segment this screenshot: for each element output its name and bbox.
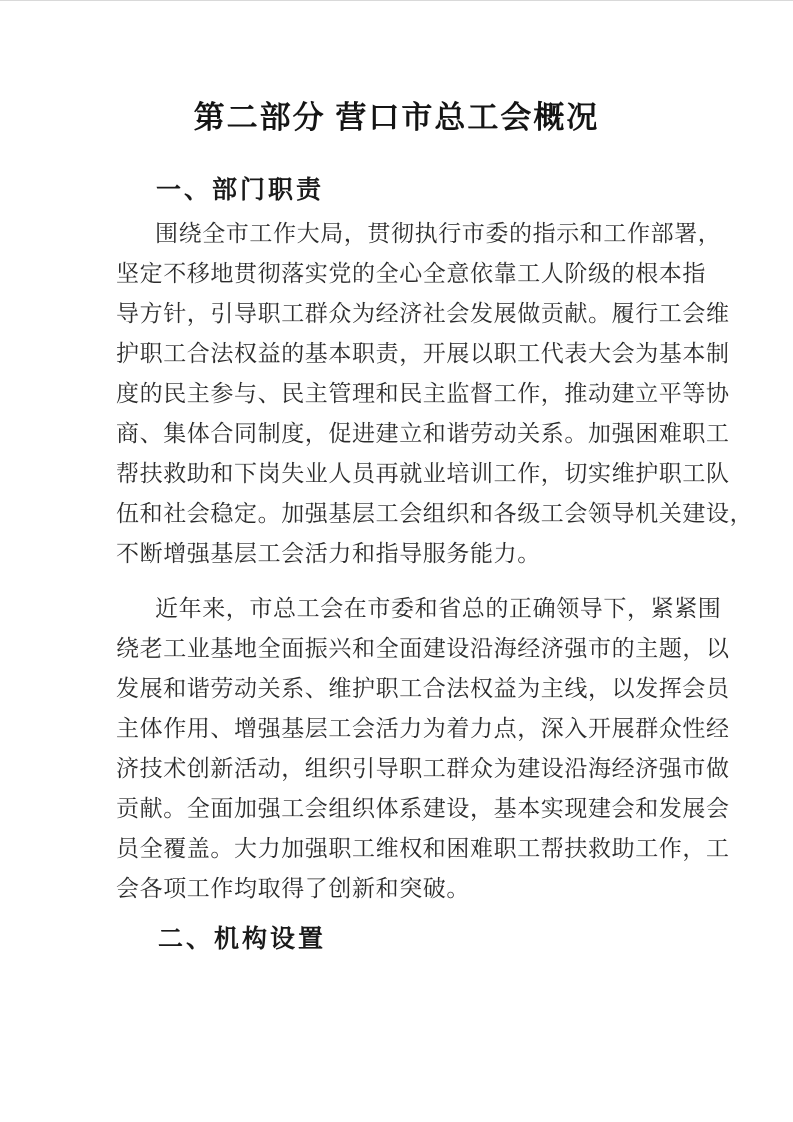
text-line: 导方针，引导职工群众为经济社会发展做贡献。履行工会维	[116, 294, 756, 334]
text-line: 商、集体合同制度，促进建立和谐劳动关系。加强困难职工	[116, 414, 756, 454]
text-line: 伍和社会稳定。加强基层工会组织和各级工会领导机关建设，	[116, 494, 756, 534]
section-heading-department-duties: 一、部门职责	[156, 174, 324, 208]
paragraph-2: 近年来，市总工会在市委和省总的正确领导下，紧紧围 绕老工业基地全面振兴和全面建设…	[116, 589, 756, 909]
text-line: 近年来，市总工会在市委和省总的正确领导下，紧紧围	[116, 589, 756, 629]
text-line: 坚定不移地贯彻落实党的全心全意依靠工人阶级的根本指	[116, 254, 756, 294]
text-line: 帮扶救助和下岗失业人员再就业培训工作，切实维护职工队	[116, 454, 756, 494]
text-line: 贡献。全面加强工会组织体系建设，基本实现建会和发展会	[116, 789, 756, 829]
text-line: 主体作用、增强基层工会活力为着力点，深入开展群众性经	[116, 709, 756, 749]
paragraph-1: 围绕全市工作大局，贯彻执行市委的指示和工作部署， 坚定不移地贯彻落实党的全心全意…	[116, 214, 756, 574]
document-title: 第二部分 营口市总工会概况	[0, 96, 793, 140]
text-line: 围绕全市工作大局，贯彻执行市委的指示和工作部署，	[116, 214, 756, 254]
text-line: 员全覆盖。大力加强职工维权和困难职工帮扶救助工作，工	[116, 829, 756, 869]
section-heading-organization-setup: 二、机构设置	[158, 923, 326, 957]
text-line: 绕老工业基地全面振兴和全面建设沿海经济强市的主题，以	[116, 629, 756, 669]
text-line: 发展和谐劳动关系、维护职工合法权益为主线，以发挥会员	[116, 669, 756, 709]
page-top-edge-line	[0, 0, 793, 1]
text-line: 度的民主参与、民主管理和民主监督工作，推动建立平等协	[116, 374, 756, 414]
text-line: 护职工合法权益的基本职责，开展以职工代表大会为基本制	[116, 334, 756, 374]
text-line: 不断增强基层工会活力和指导服务能力。	[116, 534, 756, 574]
text-line: 济技术创新活动，组织引导职工群众为建设沿海经济强市做	[116, 749, 756, 789]
document-page: 第二部分 营口市总工会概况 一、部门职责 围绕全市工作大局，贯彻执行市委的指示和…	[0, 0, 793, 1122]
text-line: 会各项工作均取得了创新和突破。	[116, 869, 756, 909]
